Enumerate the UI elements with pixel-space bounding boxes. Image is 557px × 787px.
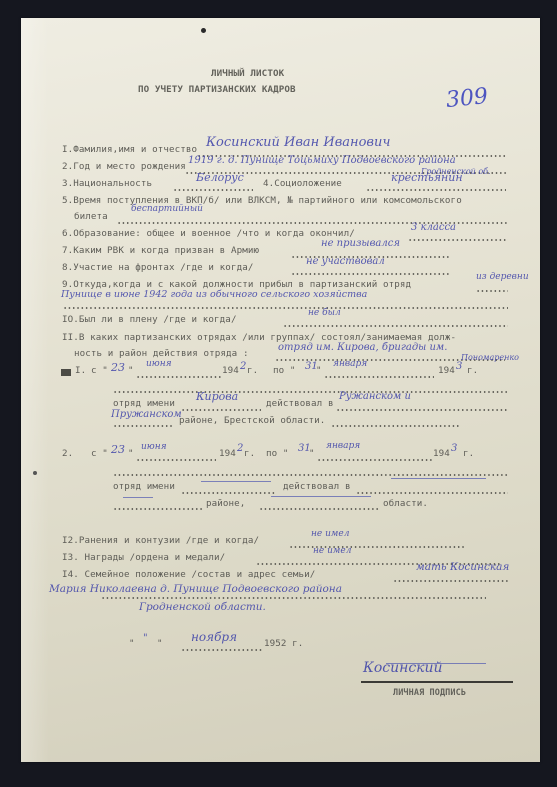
document-subtitle: ПО УЧЕТУ ПАРТИЗАНСКИХ КАДРОВ [138, 84, 296, 95]
period-2-to-label: по " [266, 448, 289, 459]
field-wounds-label: I2.Ранения и контузии /где и когда/ [62, 535, 259, 546]
field-front-label: 8.Участие на фронтах /где и когда/ [62, 262, 253, 273]
date-quote: " [129, 638, 135, 649]
field-family-value-a: мать Косинская [416, 561, 509, 573]
strikeout-mark [61, 369, 71, 376]
field-conscription-value: не призывался [321, 238, 400, 249]
signature-label: ЛИЧНАЯ ПОДПИСЬ [393, 688, 466, 698]
dotted-line [259, 507, 379, 511]
field-birth-label: 2.Год и место рождения [62, 161, 186, 172]
field-party-label-cont: билета [74, 211, 108, 222]
dotted-line [136, 458, 216, 462]
field-arrival-value-b: Пунище в июне 1942 года из обычного сель… [61, 289, 367, 300]
period-2-from-year-hand: 2 [237, 443, 243, 454]
period-2-from-month: июня [141, 442, 167, 452]
field-captivity-value: не был [308, 308, 341, 318]
period-1-district-label: районе, Брестской области. [179, 415, 325, 426]
period-2-region-label: области. [383, 498, 428, 509]
period-2-from-label: с " [91, 448, 108, 459]
period-2-from-day: 23 [111, 443, 125, 456]
year-suffix: г. [244, 448, 255, 459]
field-units-value-extra: Пономаренко [461, 353, 519, 362]
dotted-line [181, 648, 263, 652]
dotted-line [324, 375, 434, 379]
field-units-value: отряд им. Кирова, бригады им. [278, 342, 447, 353]
period-2-to-year: 194 [433, 448, 450, 459]
dotted-line [113, 424, 173, 428]
dotted-line [173, 188, 253, 192]
date-day: " [143, 633, 148, 644]
blank-strike-line [123, 497, 153, 498]
field-nationality-label: 3.Национальность [62, 178, 152, 189]
field-social-value: крестьянин [391, 171, 463, 184]
punch-hole [201, 28, 206, 33]
period-2-to-year-hand: 3 [451, 443, 457, 454]
period-1-from-year-hand: 2 [240, 361, 246, 372]
document-page: ЛИЧНЫЙ ЛИСТОК ПО УЧЕТУ ПАРТИЗАНСКИХ КАДР… [21, 18, 540, 762]
field-family-value-b: Мария Николаевна д. Пунище Подвоевского … [49, 583, 342, 595]
field-birth-value: 1919 г. д. Пунище Тоцьмиху Подвоевского … [188, 155, 456, 166]
document-title: ЛИЧНЫЙ ЛИСТОК [211, 68, 284, 79]
dotted-line [331, 424, 461, 428]
signature-line [361, 681, 513, 683]
period-1-acted-label: действовал в [266, 398, 334, 409]
signature-stroke [386, 663, 486, 664]
period-1-unit-value: Кирова [196, 390, 238, 403]
period-1-from-day: 23 [111, 361, 125, 374]
field-awards-label: I3. Награды /ордена и медали/ [62, 552, 225, 563]
field-captivity-label: IO.Был ли в плену /где и когда/ [62, 314, 237, 325]
field-nationality-value: Белорус [196, 171, 244, 184]
dotted-line [113, 507, 203, 511]
dotted-line [317, 458, 432, 462]
period-2-number: 2. [62, 448, 73, 459]
field-family-value-c: Гродненской области. [139, 601, 266, 613]
dotted-line [63, 306, 508, 310]
field-name-value: Косинский Иван Иванович [206, 135, 390, 150]
blank-strike-line [391, 478, 486, 479]
punch-hole [33, 471, 37, 475]
blank-strike-line [271, 496, 371, 497]
dotted-line [291, 272, 451, 276]
period-1-from-month: июня [146, 359, 172, 369]
field-front-value: не участвовал [306, 256, 385, 267]
field-arrival-value-a: из деревни [476, 272, 529, 282]
field-party-label: 5.Время поступления в ВКП/б/ или ВЛКСМ, … [62, 195, 462, 206]
archive-number: 309 [445, 84, 489, 113]
period-1-unit-label: отряд имени [113, 398, 175, 409]
period-1-to-year-hand: 3 [456, 361, 462, 372]
year-suffix: г. [247, 365, 258, 376]
period-1-to-year: 194 [438, 365, 455, 376]
period-1-from-label: с " [91, 365, 108, 376]
period-1-acted-value: Ружанском и [339, 391, 411, 402]
period-2-to-month: января [326, 441, 360, 451]
dotted-line [476, 289, 508, 293]
dotted-line [283, 324, 508, 328]
dotted-line [101, 596, 486, 600]
field-party-value: беспартийный [131, 204, 203, 214]
period-1-number: I. [75, 365, 86, 376]
field-conscription-label: 7.Каким РВК и когда призван в Армию [62, 245, 259, 256]
dotted-line [393, 579, 508, 583]
dotted-line [336, 408, 508, 412]
blank-strike-line [201, 481, 271, 482]
dotted-line [356, 491, 508, 495]
field-wounds-value: не имел [311, 529, 349, 539]
dotted-line [136, 375, 221, 379]
dotted-line [113, 473, 508, 477]
period-2-unit-label: отряд имени [113, 481, 175, 492]
dotted-line [113, 390, 508, 394]
dotted-line [408, 238, 508, 242]
dotted-line [366, 188, 506, 192]
year-suffix: г. [467, 365, 478, 376]
period-1-from-year: 194 [222, 365, 239, 376]
year-suffix: г. [463, 448, 474, 459]
period-1-district-value: Пружанском [111, 409, 182, 420]
field-family-label: I4. Семейное положение /состав и адрес с… [62, 569, 315, 580]
field-name-label: I.Фамилия,имя и отчество [62, 144, 197, 155]
dotted-line [181, 408, 261, 412]
date-month: ноября [191, 630, 237, 644]
period-1-to-month: января [333, 359, 367, 369]
field-awards-value: не имел [313, 546, 351, 556]
period-1-to-label: по " [273, 365, 296, 376]
period-2-acted-label: действовал в [283, 481, 351, 492]
field-social-label: 4.Социоложение [263, 178, 342, 189]
period-2-from-year: 194 [219, 448, 236, 459]
field-education-value: 3 класса [411, 222, 456, 233]
dotted-line [181, 491, 276, 495]
date-quote: " [157, 638, 163, 649]
field-units-label-cont: ность и район действия отряда : [74, 348, 249, 359]
date-year: 1952 г. [264, 638, 303, 649]
field-education-label: 6.Образование: общее и военное /что и ко… [62, 228, 355, 239]
period-2-district-label: районе, [206, 498, 245, 509]
